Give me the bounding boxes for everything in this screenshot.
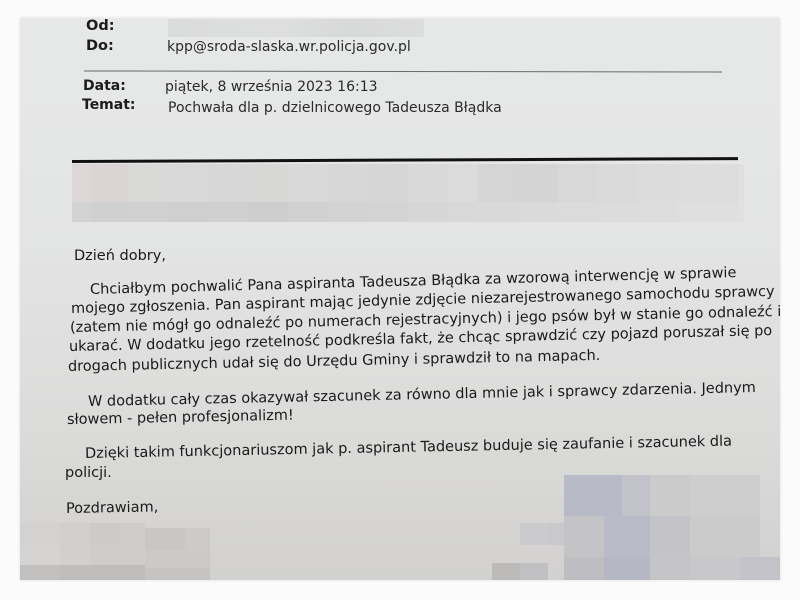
paragraph-line: Dzięki takim funkcjonariuszom jak p. asp… <box>85 434 732 462</box>
paragraph-line: policji. <box>65 465 112 481</box>
paragraph-line: W dodatku cały czas okazywał szacunek za… <box>88 380 756 410</box>
greeting: Dzień dobry, <box>74 248 166 264</box>
closing: Pozdrawiam, <box>66 499 159 517</box>
paragraph-line: słowem - pełen profesjonalizm! <box>67 408 294 428</box>
printed-email-page: Od: Do: kpp@sroda-slaska.wr.policja.gov.… <box>20 18 780 580</box>
photo-frame: Od: Do: kpp@sroda-slaska.wr.policja.gov.… <box>0 0 800 600</box>
